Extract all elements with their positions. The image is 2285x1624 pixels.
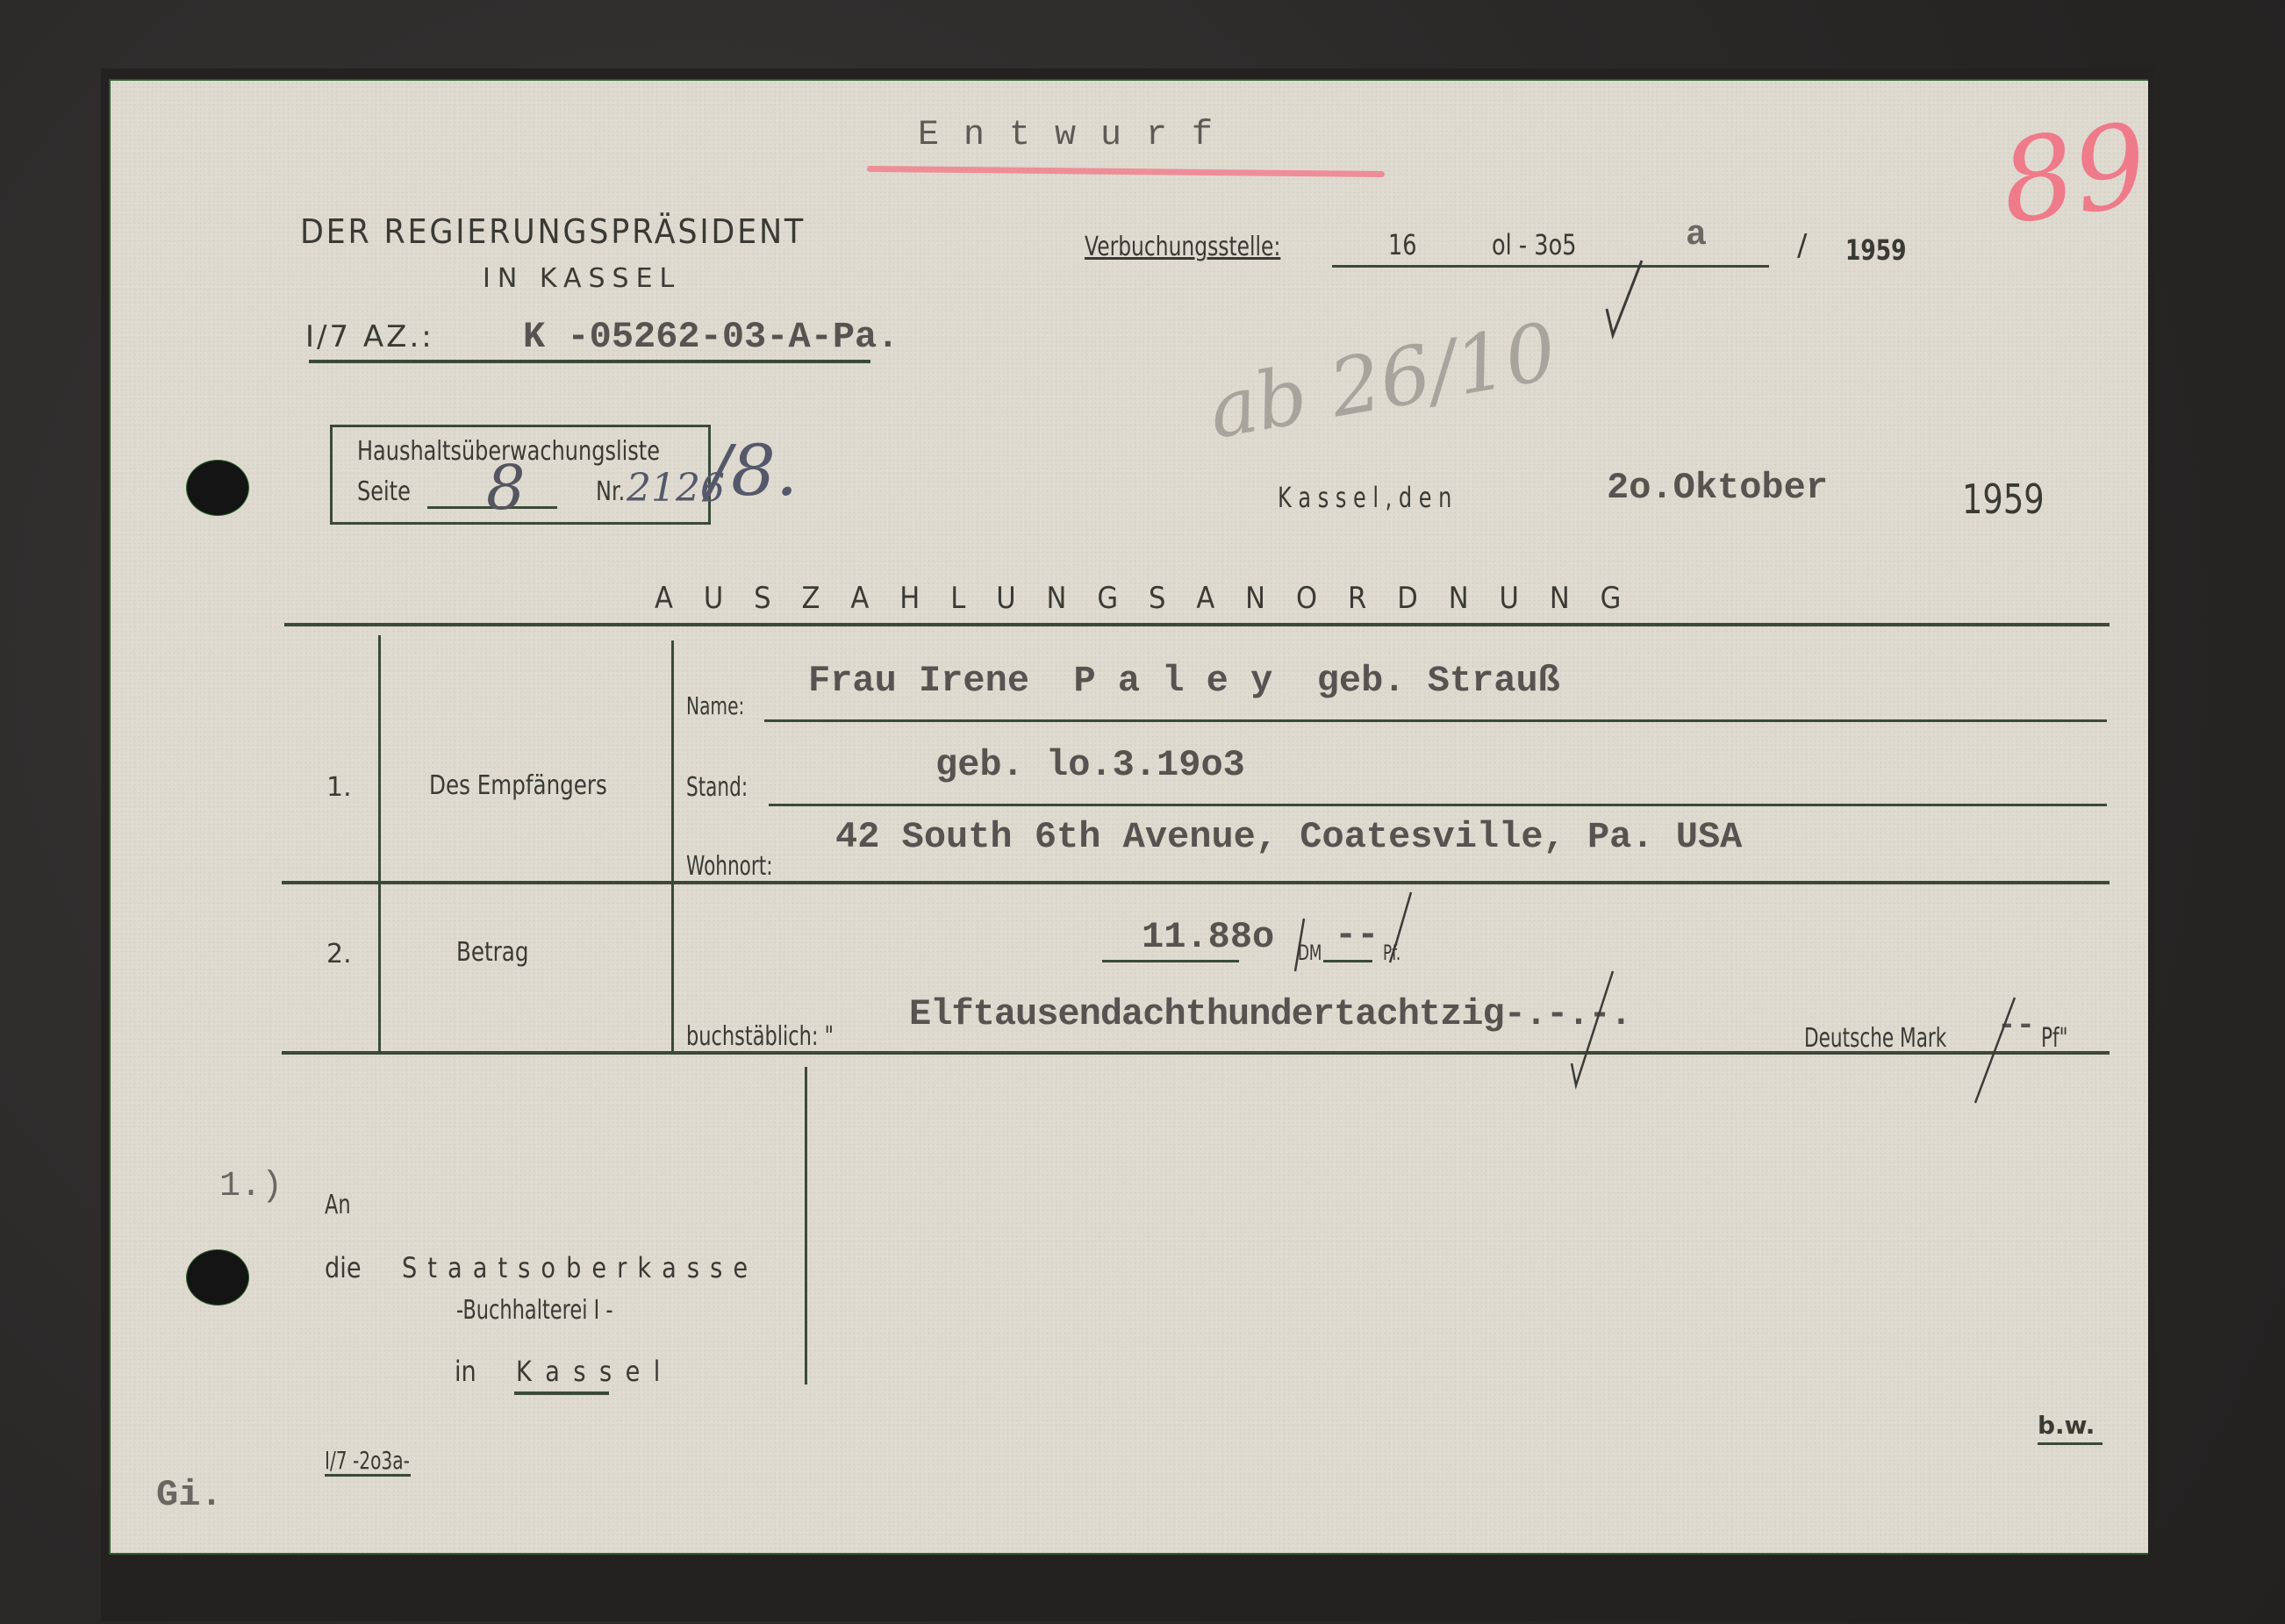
posting-office-underline xyxy=(1332,265,1769,268)
in-words-label: buchstäblich: " xyxy=(686,1021,834,1052)
place-label: K a s s e l , d e n xyxy=(1278,481,1451,514)
handwritten-page-number: 89 xyxy=(1993,97,2155,250)
recipient-department: -Buchhalterei I - xyxy=(456,1295,613,1326)
stand-field-underline xyxy=(769,804,2107,806)
name-field-underline xyxy=(764,719,2107,722)
recipient-item-number: 1.) xyxy=(219,1167,283,1206)
posting-office-year: 1959 xyxy=(1845,233,1906,267)
recipient-line-die: die xyxy=(325,1251,362,1284)
recipient-city-underline xyxy=(514,1391,609,1395)
footer-reference-underline xyxy=(325,1474,411,1477)
table-col-rule-2 xyxy=(671,640,674,1051)
words-checkmark-icon xyxy=(1567,967,1620,1090)
amount-underline xyxy=(1102,960,1239,962)
table-top-rule xyxy=(284,623,2110,626)
form-title: A U S Z A H L U N G S A N O R D N U N G xyxy=(655,581,1632,616)
recipient-city: K a s s e l xyxy=(516,1355,663,1388)
row2-label: Betrag xyxy=(456,937,528,968)
recipient-line-in: in xyxy=(455,1355,476,1388)
stand-field-value: geb. lo.3.19o3 xyxy=(935,744,1245,786)
posting-office-part1: 16 xyxy=(1388,228,1417,261)
document-page: E n t w u r f 89 DER REGIERUNGSPRÄSIDENT… xyxy=(109,79,2148,1555)
posting-office-separator: / xyxy=(1797,228,1807,263)
lower-divider-rule xyxy=(805,1067,807,1384)
draft-underline-red xyxy=(867,166,1385,177)
turn-over-note: b.w. xyxy=(2038,1411,2095,1440)
wohnort-field-value: 42 South 6th Avenue, Coatesville, Pa. US… xyxy=(835,816,1742,858)
amount-value: 11.88o xyxy=(1142,916,1274,958)
budget-nr-label: Nr. xyxy=(596,476,625,507)
recipient-line-an: An xyxy=(325,1190,351,1220)
name-field-label: Name: xyxy=(686,691,744,720)
date-year: 1959 xyxy=(1962,476,2045,523)
posting-office-part2: ol - 3o5 xyxy=(1492,228,1577,261)
turn-over-underline xyxy=(2038,1442,2102,1445)
checkmark-icon xyxy=(1602,256,1655,344)
wohnort-field-label: Wohnort: xyxy=(686,851,773,882)
punch-hole-bottom xyxy=(186,1249,249,1306)
budget-seite-value: 8 xyxy=(486,452,526,524)
in-words-unit: Deutsche Mark xyxy=(1804,1023,1946,1054)
pf-checkmark-icon xyxy=(1971,993,2024,1107)
footer-reference: I/7 -2o3a- xyxy=(325,1446,410,1475)
in-words-value: Elftausendachthundertachtzig-.-.-. xyxy=(909,993,1631,1035)
posting-office-suffix: a xyxy=(1686,216,1707,255)
row2-number: 2. xyxy=(326,939,352,969)
authority-name: DER REGIERUNGSPRÄSIDENT xyxy=(300,212,806,251)
initials: Gi. xyxy=(156,1474,223,1516)
name-field-value: Frau Irene P a l e y geb. Strauß xyxy=(808,660,1560,702)
row1-number: 1. xyxy=(326,772,352,803)
reference-underline xyxy=(309,360,870,363)
budget-handwritten-suffix: /8. xyxy=(707,430,798,512)
recipient-treasury: S t a a t s o b e r k a s s e xyxy=(402,1251,749,1284)
punch-hole-top xyxy=(186,460,249,516)
row1-label: Des Empfängers xyxy=(429,770,607,801)
table-mid-rule xyxy=(282,881,2110,884)
in-words-pf: Pf" xyxy=(2041,1023,2068,1054)
date-value: 2o.Oktober xyxy=(1607,467,1828,509)
handwritten-note: ab 26/10 xyxy=(1202,305,1563,457)
table-col-rule-1 xyxy=(378,635,381,1051)
budget-seite-label: Seite xyxy=(357,476,411,507)
reference-prefix: I/7 AZ.: xyxy=(305,319,434,354)
stand-field-label: Stand: xyxy=(686,772,748,803)
posting-office-label: Verbuchungsstelle: xyxy=(1085,232,1280,262)
draft-label: E n t w u r f xyxy=(918,116,1214,155)
amount-checkmark-icon xyxy=(1278,888,1418,976)
reference-value: K -05262-03-A-Pa. xyxy=(523,316,899,358)
authority-city: IN KASSEL xyxy=(483,263,681,294)
budget-list-box: Haushaltsüberwachungsliste Seite 8 Nr. 2… xyxy=(330,425,711,525)
